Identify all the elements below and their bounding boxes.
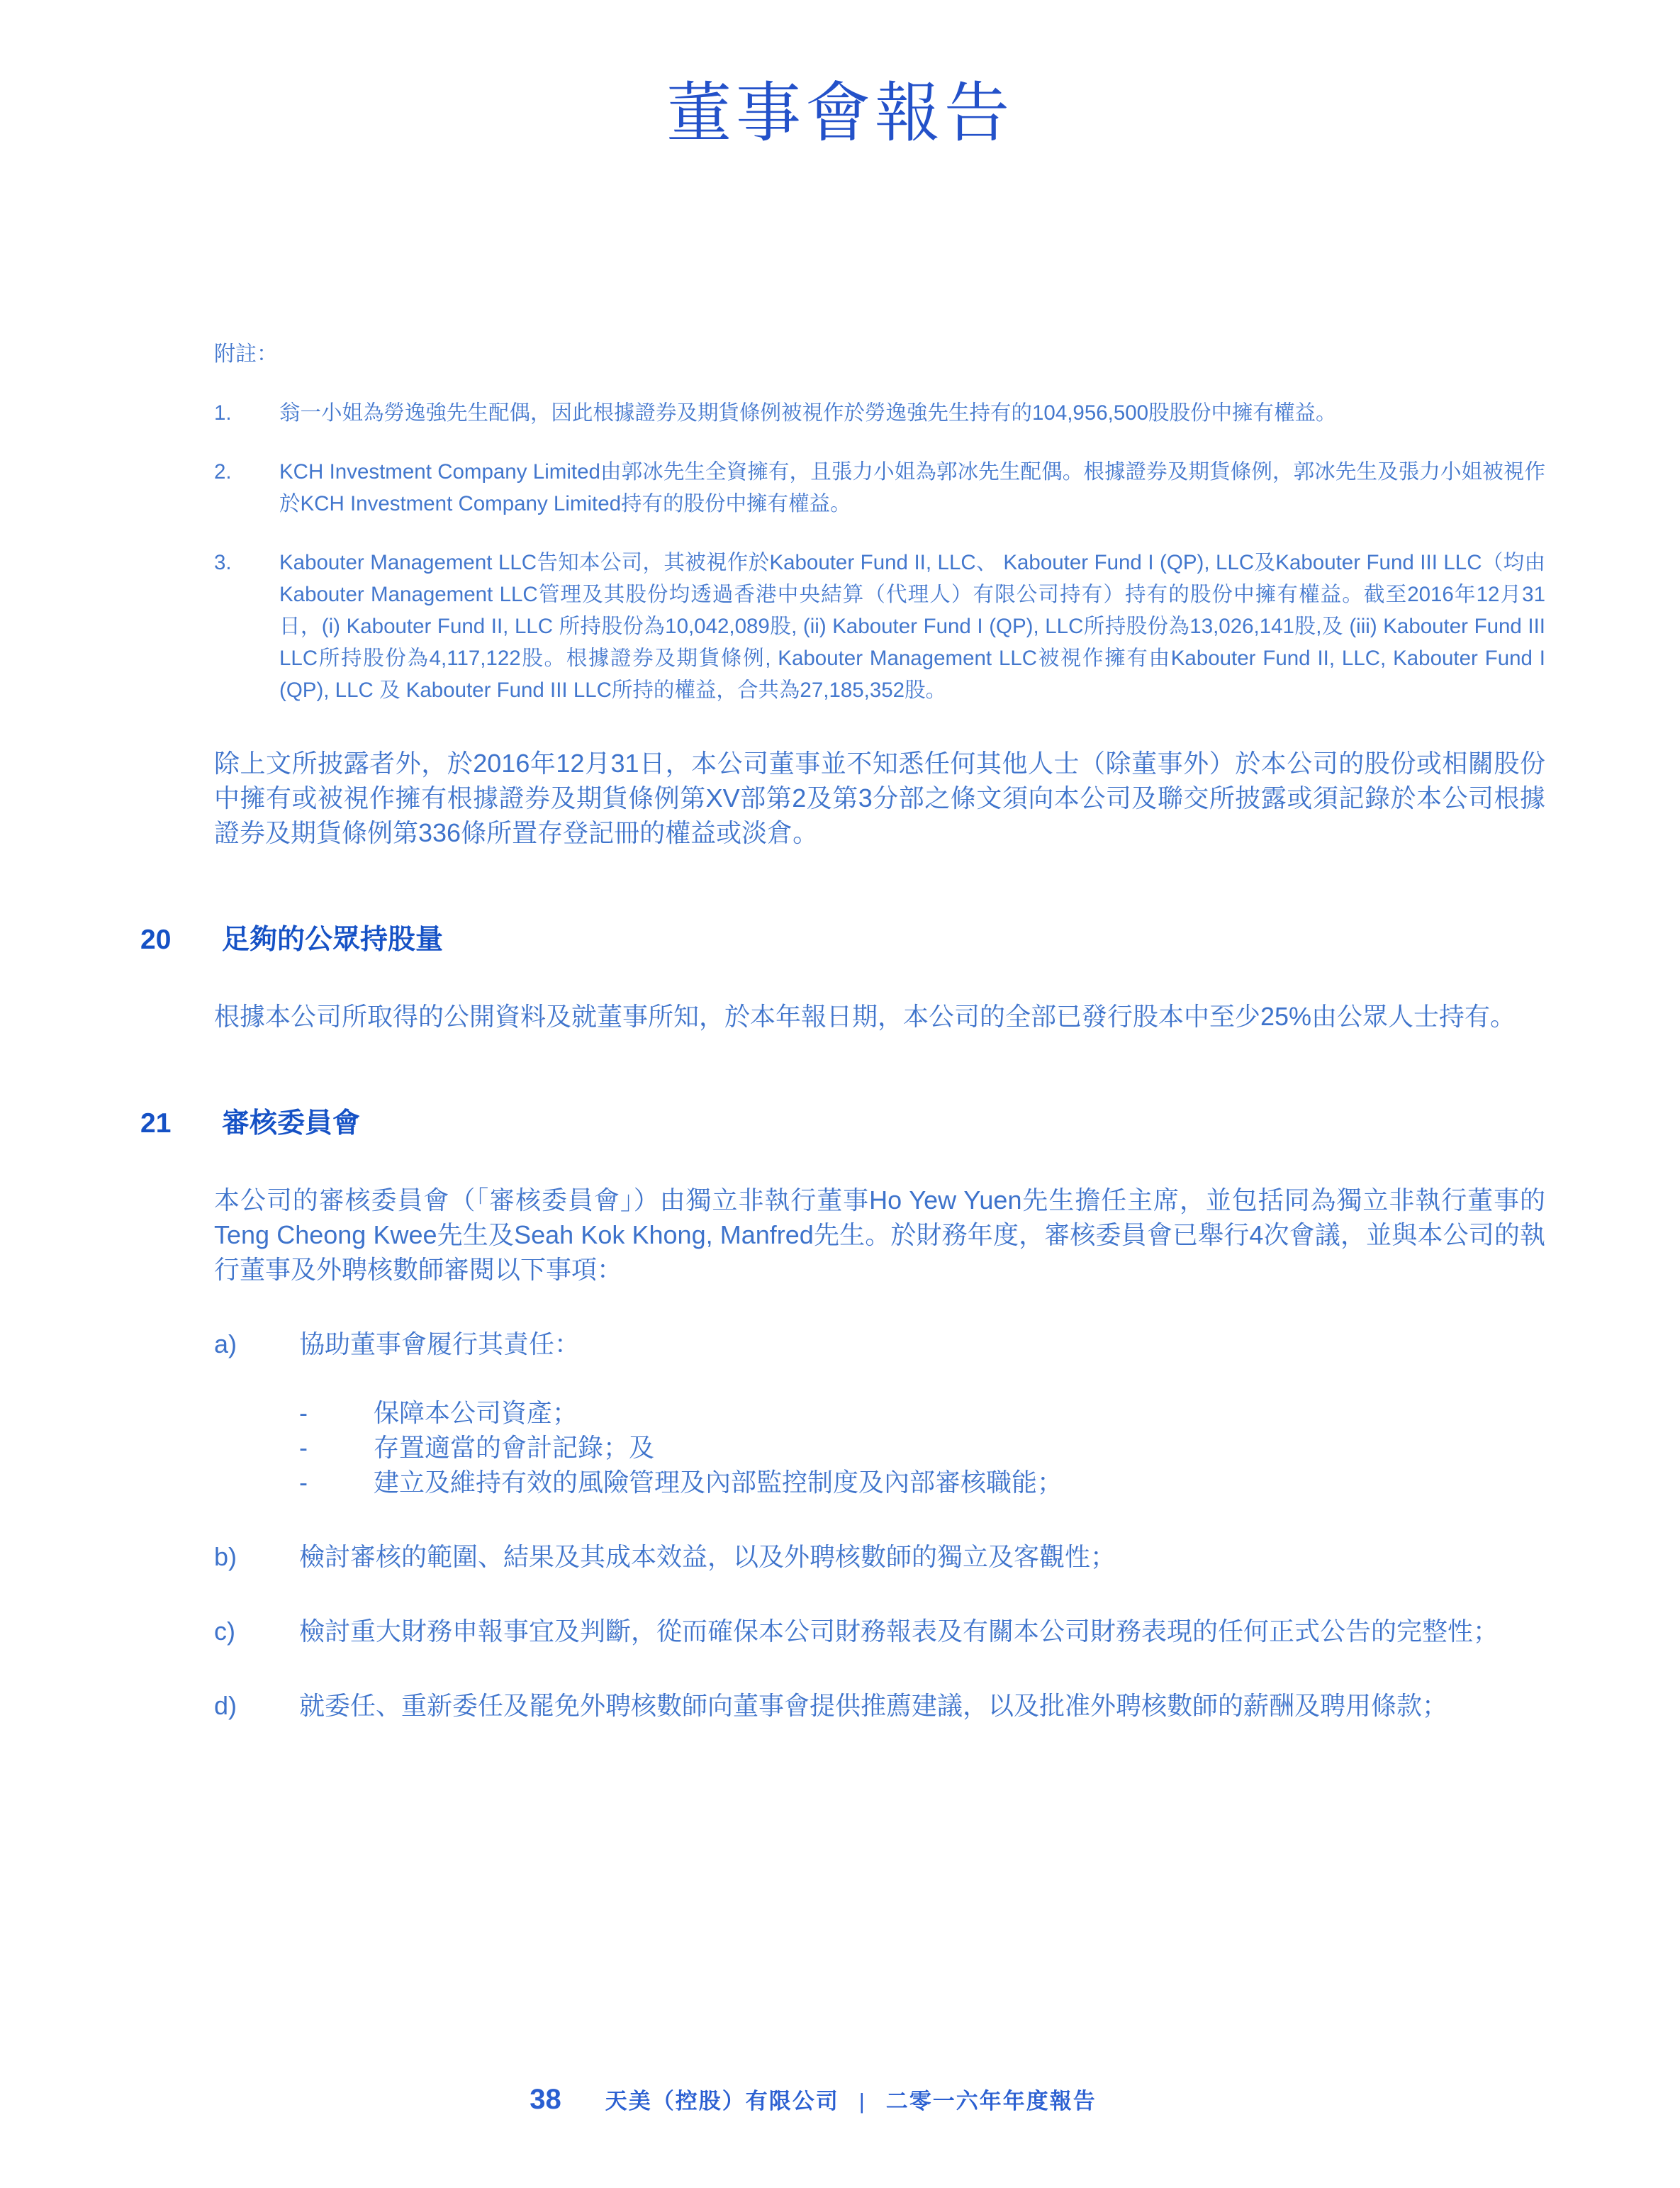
list-item-d: d) 就委任、重新委任及罷免外聘核數師向董事會提供推薦建議，以及批准外聘核數師的… bbox=[214, 1688, 1545, 1723]
footer-report-title: 二零一六年年度報告 bbox=[886, 2083, 1097, 2115]
sub-list-marker: - bbox=[299, 1430, 374, 1465]
section-20-public-float: 20 足夠的公眾持股量 根據本公司所取得的公開資料及就董事所知，於本年報日期，本… bbox=[214, 922, 1545, 1034]
document-page: 董事會報告 附註： 1. 翁一小姐為勞逸強先生配偶，因此根據證券及期貨條例被視作… bbox=[0, 0, 1680, 2188]
sub-list-item: - 存置適當的會計記錄；及 bbox=[299, 1430, 1545, 1465]
footer-report-info: 天美（控股）有限公司 | 二零一六年年度報告 bbox=[605, 2083, 1097, 2115]
list-item-text: 檢討審核的範圍、結果及其成本效益，以及外聘核數師的獨立及客觀性； bbox=[299, 1539, 1545, 1574]
sub-list-item: - 建立及維持有效的風險管理及內部監控制度及內部審核職能； bbox=[299, 1465, 1545, 1500]
page-footer: 38 天美（控股）有限公司 | 二零一六年年度報告 bbox=[0, 2083, 1653, 2116]
notes-label: 附註： bbox=[214, 338, 1545, 370]
sub-list-text: 存置適當的會計記錄；及 bbox=[374, 1430, 1545, 1465]
section-title: 足夠的公眾持股量 bbox=[222, 922, 1545, 958]
section-number: 20 bbox=[140, 922, 222, 958]
list-marker: c) bbox=[214, 1614, 299, 1648]
note-number: 2. bbox=[214, 456, 279, 520]
note-item-3: 3. Kabouter Management LLC告知本公司，其被視作於Kab… bbox=[214, 547, 1545, 706]
list-item-text: 檢討重大財務申報事宜及判斷，從而確保本公司財務報表及有關本公司財務表現的任何正式… bbox=[299, 1614, 1545, 1648]
footer-separator: | bbox=[859, 2089, 866, 2114]
section-paragraph: 本公司的審核委員會（「審核委員會」）由獨立非執行董事Ho Yew Yuen先生擔… bbox=[214, 1183, 1545, 1287]
note-text: Kabouter Management LLC告知本公司，其被視作於Kabout… bbox=[279, 547, 1545, 706]
list-item-b: b) 檢討審核的範圍、結果及其成本效益，以及外聘核數師的獨立及客觀性； bbox=[214, 1539, 1545, 1574]
sub-list-marker: - bbox=[299, 1395, 374, 1430]
list-item-text: 就委任、重新委任及罷免外聘核數師向董事會提供推薦建議，以及批准外聘核數師的薪酬及… bbox=[299, 1688, 1545, 1723]
note-item-1: 1. 翁一小姐為勞逸強先生配偶，因此根據證券及期貨條例被視作於勞逸強先生持有的1… bbox=[214, 397, 1545, 429]
page-title: 董事會報告 bbox=[0, 79, 1680, 148]
section-title: 審核委員會 bbox=[222, 1106, 1545, 1142]
footer-page-number: 38 bbox=[530, 2084, 561, 2116]
note-number: 3. bbox=[214, 547, 279, 706]
note-text: 翁一小姐為勞逸強先生配偶，因此根據證券及期貨條例被視作於勞逸強先生持有的104,… bbox=[279, 397, 1545, 429]
sub-list-text: 建立及維持有效的風險管理及內部監控制度及內部審核職能； bbox=[374, 1465, 1545, 1500]
disclosure-closing-paragraph: 除上文所披露者外，於2016年12月31日，本公司董事並不知悉任何其他人士（除董… bbox=[214, 746, 1545, 850]
note-item-2: 2. KCH Investment Company Limited由郭冰先生全資… bbox=[214, 456, 1545, 520]
section-21-audit-committee: 21 審核委員會 本公司的審核委員會（「審核委員會」）由獨立非執行董事Ho Ye… bbox=[214, 1106, 1545, 1723]
sub-list-item: - 保障本公司資產； bbox=[299, 1395, 1545, 1430]
list-item-text: 協助董事會履行其責任： bbox=[299, 1329, 580, 1358]
section-paragraph: 根據本公司所取得的公開資料及就董事所知，於本年報日期，本公司的全部已發行股本中至… bbox=[214, 999, 1545, 1034]
list-marker: b) bbox=[214, 1539, 299, 1574]
sub-list: - 保障本公司資產； - 存置適當的會計記錄；及 - 建立及維持有效的風險管理及… bbox=[299, 1395, 1545, 1500]
section-number: 21 bbox=[140, 1106, 222, 1142]
list-marker: d) bbox=[214, 1688, 299, 1723]
list-item-a: a) 協助董事會履行其責任： - 保障本公司資產； - 存置適當的會計記錄；及 bbox=[214, 1327, 1545, 1500]
section-heading: 20 足夠的公眾持股量 bbox=[140, 922, 1545, 958]
footer-company-name: 天美（控股）有限公司 bbox=[605, 2083, 839, 2115]
page-content: 附註： 1. 翁一小姐為勞逸強先生配偶，因此根據證券及期貨條例被視作於勞逸強先生… bbox=[214, 338, 1545, 1723]
note-number: 1. bbox=[214, 397, 279, 429]
sub-list-text: 保障本公司資產； bbox=[374, 1395, 1545, 1430]
list-marker: a) bbox=[214, 1327, 299, 1500]
list-item-c: c) 檢討重大財務申報事宜及判斷，從而確保本公司財務報表及有關本公司財務表現的任… bbox=[214, 1614, 1545, 1648]
list-item-body: 協助董事會履行其責任： - 保障本公司資產； - 存置適當的會計記錄；及 - 建 bbox=[299, 1327, 1545, 1500]
section-heading: 21 審核委員會 bbox=[140, 1106, 1545, 1142]
note-text: KCH Investment Company Limited由郭冰先生全資擁有，… bbox=[279, 456, 1545, 520]
sub-list-marker: - bbox=[299, 1465, 374, 1500]
